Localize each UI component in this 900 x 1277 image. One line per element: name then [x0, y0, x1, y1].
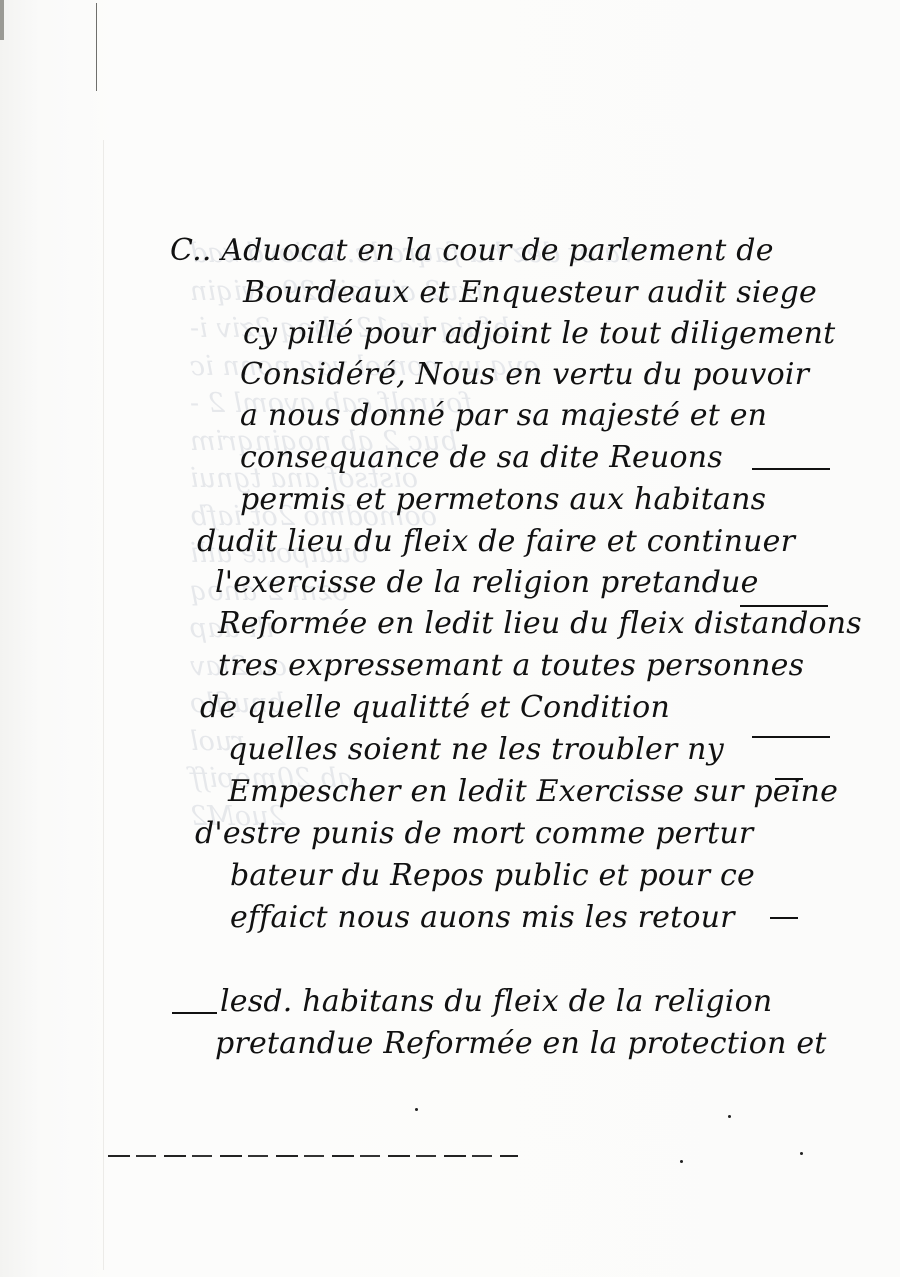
manuscript-line: Bourdeaux et Enquesteur audit siege: [243, 275, 817, 310]
manuscript-line: bateur du Repos public et pour ce: [230, 858, 755, 893]
ink-speck: [728, 1115, 731, 1118]
manuscript-line: Reformée en ledit lieu du fleix distando…: [218, 606, 862, 641]
manuscript-line: de quelle qualitté et Condition: [200, 690, 670, 725]
ink-speck: [800, 1152, 803, 1155]
manuscript-line: Considéré, Nous en vertu du pouvoir: [240, 357, 809, 392]
manuscript-line: consequance de sa dite Reuons: [240, 440, 723, 475]
manuscript-line: permis et permetons aux habitans: [240, 482, 766, 517]
line-filler-dash: [752, 736, 830, 738]
ink-speck: [680, 1160, 683, 1163]
manuscript-line: a nous donné par sa majesté et en: [240, 398, 767, 433]
manuscript-line: cy pillé pour adjoint le tout diligement: [243, 316, 835, 351]
line-filler-dash: [770, 917, 798, 919]
line-start-dash: [172, 1012, 217, 1014]
manuscript-line: pretandue Reformée en la protection et: [215, 1026, 827, 1061]
manuscript-line: dudit lieu du fleix de faire et continue…: [197, 524, 795, 559]
line-filler-dash: [752, 468, 830, 470]
manuscript-line: l'exercisse de la religion pretandue: [215, 565, 759, 600]
footer-flourish-line: [108, 1155, 518, 1157]
manuscript-text: C.. Aduocat en la cour de parlement de B…: [0, 0, 900, 1277]
manuscript-line: lesd. habitans du fleix de la religion: [220, 984, 772, 1019]
manuscript-line: C.. Aduocat en la cour de parlement de: [170, 233, 774, 268]
manuscript-line: d'estre punis de mort comme pertur: [195, 816, 753, 851]
manuscript-page: va et dez hu faqro lc. lctiovd zad Ixu2 …: [0, 0, 900, 1277]
manuscript-line: Empescher en ledit Exercisse sur peine: [228, 774, 838, 809]
manuscript-line: effaict nous auons mis les retour: [230, 900, 735, 935]
ink-speck: [415, 1108, 418, 1111]
manuscript-line: tres expressemant a toutes personnes: [218, 648, 804, 683]
manuscript-line: quelles soient ne les troubler ny: [228, 732, 724, 767]
